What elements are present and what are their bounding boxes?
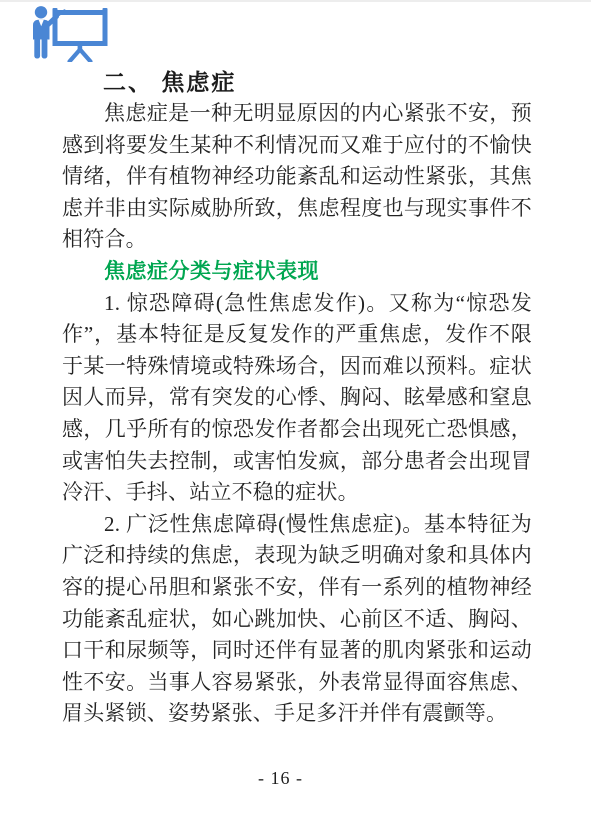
page-title: 二、 焦虑症	[62, 66, 532, 98]
intro-paragraph: 焦虑症是一种无明显原因的内心紧张不安，预感到将要发生某种不利情况而又难于应付的不…	[62, 98, 532, 256]
list-item-panic-disorder: 1. 惊恐障碍(急性焦虑发作)。又称为“惊恐发作”，基本特征是反复发作的严重焦虑…	[62, 288, 532, 509]
section-title: 焦虑症分类与症状表现	[62, 256, 532, 288]
page-number: - 16 -	[0, 768, 561, 789]
presenter-whiteboard-icon	[30, 4, 110, 62]
page-content: 二、 焦虑症 焦虑症是一种无明显原因的内心紧张不安，预感到将要发生某种不利情况而…	[62, 66, 532, 730]
list-item-generalized-anxiety: 2. 广泛性焦虑障碍(慢性焦虑症)。基本特征为广泛和持续的焦虑，表现为缺乏明确对…	[62, 509, 532, 730]
document-page: 二、 焦虑症 焦虑症是一种无明显原因的内心紧张不安，预感到将要发生某种不利情况而…	[0, 0, 591, 821]
